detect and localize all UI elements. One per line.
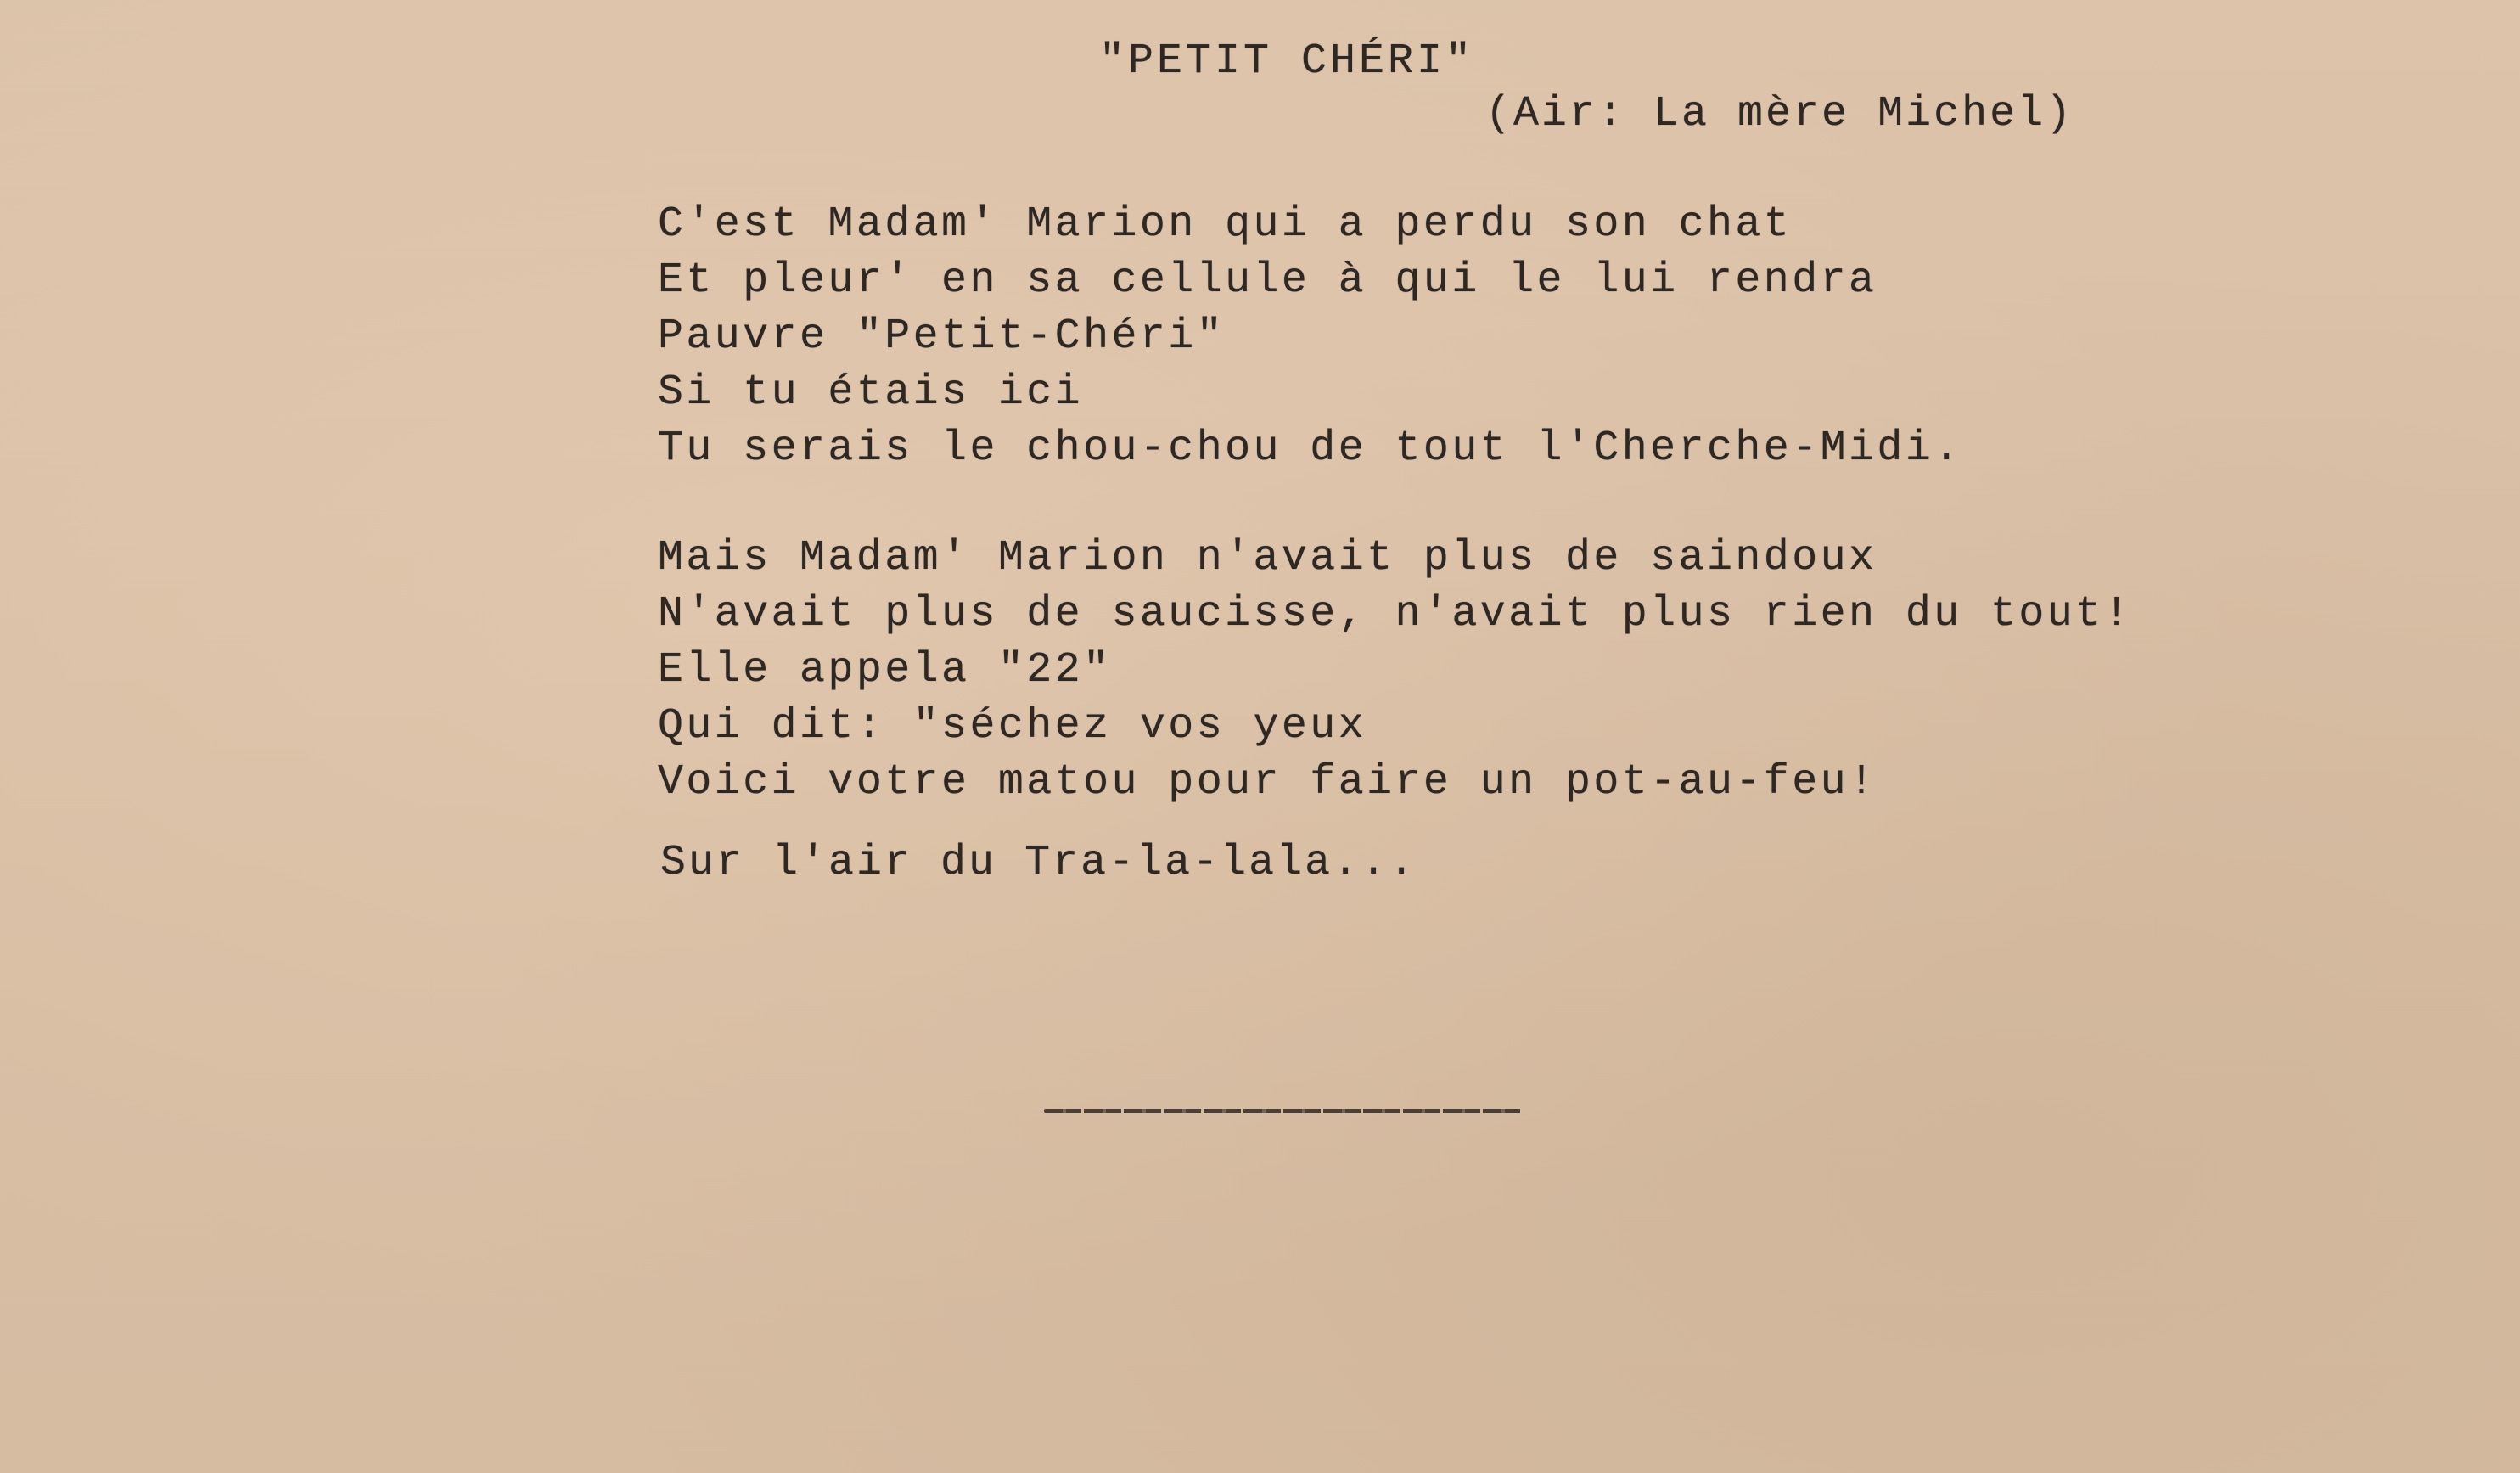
typed-divider-line	[1044, 1109, 1521, 1113]
refrain-line: Sur l'air du Tra-la-lala...	[660, 842, 1417, 885]
verse-line: Elle appela "22"	[658, 643, 2132, 699]
stanza-1: C'est Madam' Marion qui a perdu son chat…	[658, 197, 1962, 477]
stanza-2: Mais Madam' Marion n'avait plus de saind…	[658, 531, 2132, 811]
song-air-note: (Air: La mère Michel)	[1485, 93, 2074, 136]
verse-line: Et pleur' en sa cellule à qui le lui ren…	[658, 253, 1962, 309]
verse-line: Tu serais le chou-chou de tout l'Cherche…	[658, 421, 1962, 477]
song-title: "PETIT CHÉRI"	[1099, 41, 1474, 83]
verse-line: C'est Madam' Marion qui a perdu son chat	[658, 197, 1962, 253]
verse-line: N'avait plus de saucisse, n'avait plus r…	[658, 587, 2132, 643]
verse-line: Qui dit: "séchez vos yeux	[658, 699, 2132, 755]
verse-line: Voici votre matou pour faire un pot-au-f…	[658, 755, 2132, 811]
verse-line: Pauvre "Petit-Chéri"	[658, 309, 1962, 365]
verse-line: Mais Madam' Marion n'avait plus de saind…	[658, 531, 2132, 587]
verse-line: Si tu étais ici	[658, 365, 1962, 421]
